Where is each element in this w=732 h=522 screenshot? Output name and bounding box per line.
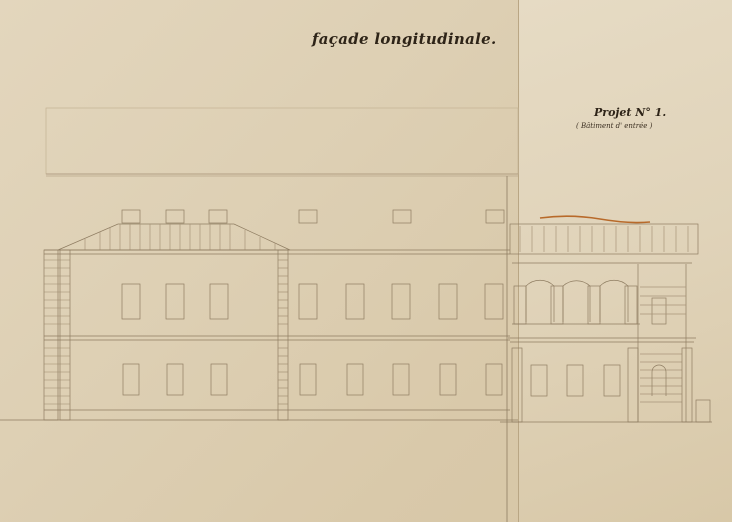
lower-floor-windows: [123, 364, 502, 395]
attic-windows: [122, 210, 504, 223]
facade-elevation-drawing: [0, 0, 732, 522]
paper-stain: [540, 216, 650, 222]
left-quoins: [44, 250, 288, 420]
roof-outline: [46, 108, 518, 174]
upper-floor-windows: [122, 284, 503, 319]
right-entrance-pavilion: [500, 224, 712, 422]
left-pavilion-roof: [58, 224, 290, 250]
